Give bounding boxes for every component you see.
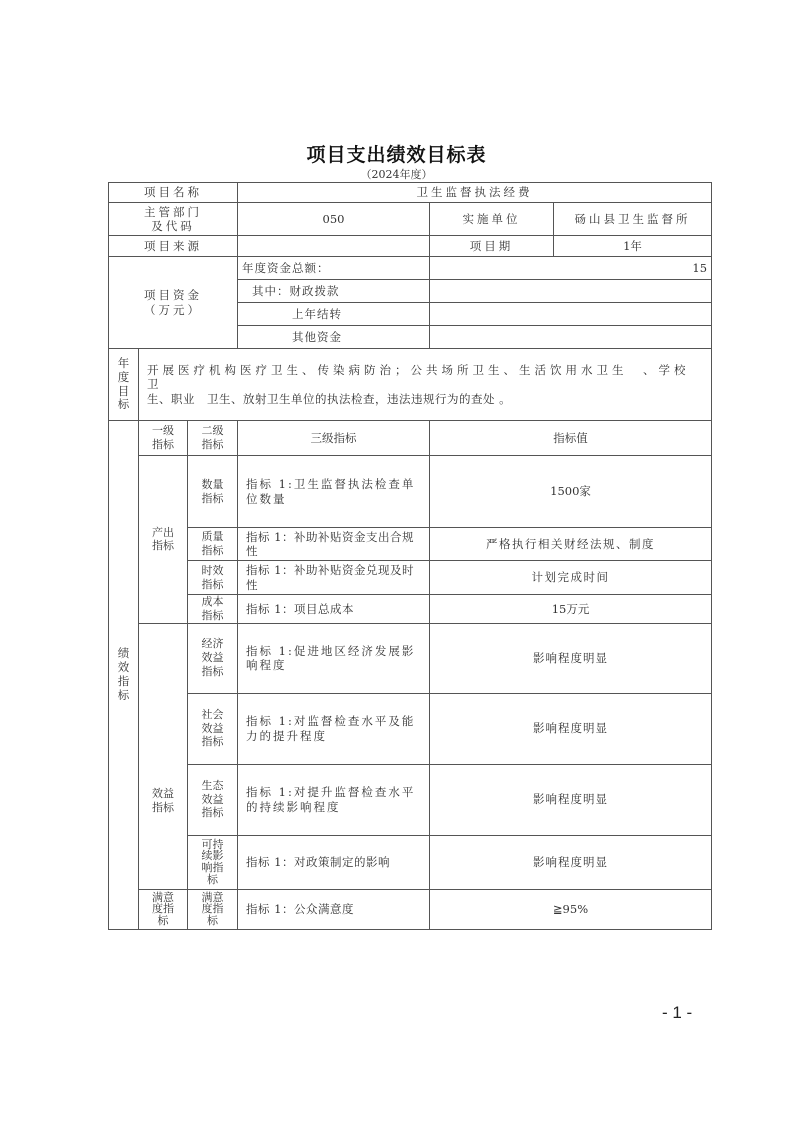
table-row: 满意度指标 满意度指标 指标 1：公众满意度 ≧95%: [109, 889, 712, 929]
funding-label-line2: （万元）: [113, 303, 233, 317]
row-indicator-header: 绩效指标 一级 指标 二级 指标 三级指标 指标值: [109, 421, 712, 456]
header-level2: 二级 指标: [188, 421, 238, 456]
level2-timeliness: 时效 指标: [188, 561, 238, 595]
project-source-label: 项目来源: [109, 236, 238, 257]
department-label-line1: 主管部门: [113, 205, 233, 219]
level3-social: 指标 1:对监督检查水平及能力的提升程度: [238, 693, 430, 764]
funding-carryover-label: 上年结转: [238, 303, 430, 326]
row-department: 主管部门 及代码 050 实施单位 砀山县卫生监督所: [109, 203, 712, 236]
level1-output: 产出 指标: [139, 456, 188, 624]
annual-goal-label: 年度目标: [109, 349, 139, 421]
performance-indicators-label: 绩效指标: [109, 421, 139, 930]
level2-quantity: 数量 指标: [188, 456, 238, 528]
value-cost: 15万元: [430, 595, 712, 624]
value-ecological: 影响程度明显: [430, 764, 712, 835]
level3-sustainable: 指标 1：对政策制定的影响: [238, 835, 430, 889]
funding-other-label: 其他资金: [238, 326, 430, 349]
level3-economic: 指标 1:促进地区经济发展影响程度: [238, 623, 430, 693]
funding-fiscal-value: [430, 280, 712, 303]
department-label: 主管部门 及代码: [109, 203, 238, 236]
level3-timeliness: 指标 1：补助补贴资金兑现及时性: [238, 561, 430, 595]
level2-quality: 质量 指标: [188, 528, 238, 561]
project-period-value: 1年: [554, 236, 712, 257]
level1-benefit: 效益 指标: [139, 623, 188, 889]
performance-target-table: 项目名称 卫生监督执法经费 主管部门 及代码 050 实施单位 砀山县卫生监督所…: [108, 182, 712, 930]
value-social: 影响程度明显: [430, 693, 712, 764]
annual-goal-line1: 开展医疗机构医疗卫生、传染病防治；公共场所卫生、生活饮用水卫生 、学校卫: [147, 363, 703, 392]
project-period-label: 项目期: [430, 236, 554, 257]
level2-social: 社会效益指标: [188, 693, 238, 764]
year-subtitle: （2024年度）: [0, 166, 793, 182]
header-level3: 三级指标: [238, 421, 430, 456]
implementing-unit-label: 实施单位: [430, 203, 554, 236]
row-funding-total: 项目资金 （万元） 年度资金总额： 15: [109, 257, 712, 280]
value-economic: 影响程度明显: [430, 623, 712, 693]
level2-cost: 成本 指标: [188, 595, 238, 624]
table-row: 产出 指标 数量 指标 指标 1:卫生监督执法检查单位数量 1500家: [109, 456, 712, 528]
row-source: 项目来源 项目期 1年: [109, 236, 712, 257]
level1-satisfaction: 满意度指标: [139, 889, 188, 929]
funding-label: 项目资金 （万元）: [109, 257, 238, 349]
annual-goal-content: 开展医疗机构医疗卫生、传染病防治；公共场所卫生、生活饮用水卫生 、学校卫 生、职…: [139, 349, 712, 421]
level2-sustainable: 可持续影响指标: [188, 835, 238, 889]
level3-cost: 指标 1：项目总成本: [238, 595, 430, 624]
table-row: 质量 指标 指标 1：补助补贴资金支出合规性 严格执行相关财经法规、制度: [109, 528, 712, 561]
implementing-unit-value: 砀山县卫生监督所: [554, 203, 712, 236]
level3-quality: 指标 1：补助补贴资金支出合规性: [238, 528, 430, 561]
table-row: 成本 指标 指标 1：项目总成本 15万元: [109, 595, 712, 624]
row-annual-goal: 年度目标 开展医疗机构医疗卫生、传染病防治；公共场所卫生、生活饮用水卫生 、学校…: [109, 349, 712, 421]
page-number: - 1 -: [662, 1003, 692, 1023]
project-source-value: [238, 236, 430, 257]
funding-total-label: 年度资金总额：: [238, 257, 430, 280]
level3-ecological: 指标 1:对提升监督检查水平的持续影响程度: [238, 764, 430, 835]
value-quantity: 1500家: [430, 456, 712, 528]
value-satisfaction: ≧95%: [430, 889, 712, 929]
funding-total-value: 15: [430, 257, 712, 280]
row-project-name: 项目名称 卫生监督执法经费: [109, 183, 712, 203]
level2-ecological: 生态效益指标: [188, 764, 238, 835]
table-row: 可持续影响指标 指标 1：对政策制定的影响 影响程度明显: [109, 835, 712, 889]
table-row: 生态效益指标 指标 1:对提升监督检查水平的持续影响程度 影响程度明显: [109, 764, 712, 835]
value-timeliness: 计划完成时间: [430, 561, 712, 595]
project-name-label: 项目名称: [109, 183, 238, 203]
page-title: 项目支出绩效目标表: [0, 140, 793, 167]
level2-satisfaction: 满意度指标: [188, 889, 238, 929]
level2-economic: 经济效益指标: [188, 623, 238, 693]
annual-goal-line2: 生、职业 卫生、放射卫生单位的执法检查，违法违规行为的查处 。: [147, 392, 703, 406]
value-sustainable: 影响程度明显: [430, 835, 712, 889]
department-code: 050: [238, 203, 430, 236]
table-row: 时效 指标 指标 1：补助补贴资金兑现及时性 计划完成时间: [109, 561, 712, 595]
header-level1: 一级 指标: [139, 421, 188, 456]
level3-satisfaction: 指标 1：公众满意度: [238, 889, 430, 929]
value-quality: 严格执行相关财经法规、制度: [430, 528, 712, 561]
project-name-value: 卫生监督执法经费: [238, 183, 712, 203]
funding-label-line1: 项目资金: [113, 288, 233, 302]
department-label-line2: 及代码: [113, 219, 233, 233]
level3-quantity: 指标 1:卫生监督执法检查单位数量: [238, 456, 430, 528]
table-row: 效益 指标 经济效益指标 指标 1:促进地区经济发展影响程度 影响程度明显: [109, 623, 712, 693]
funding-carryover-value: [430, 303, 712, 326]
funding-other-value: [430, 326, 712, 349]
table-row: 社会效益指标 指标 1:对监督检查水平及能力的提升程度 影响程度明显: [109, 693, 712, 764]
header-value: 指标值: [430, 421, 712, 456]
funding-fiscal-label: 其中：财政拨款: [238, 280, 430, 303]
